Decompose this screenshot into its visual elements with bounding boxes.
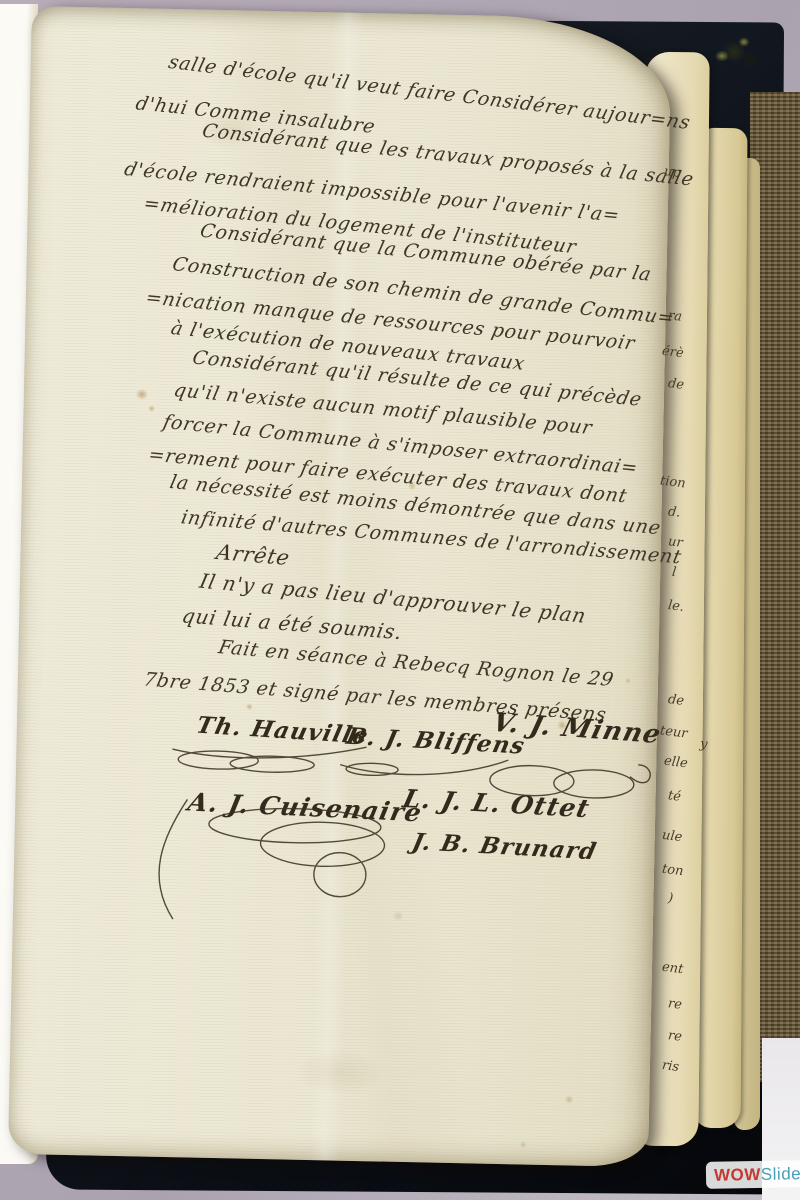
watermark-slider-text: Slider	[761, 1165, 800, 1183]
signature-flourish	[481, 752, 662, 814]
watermark-wow-text: WOW	[714, 1166, 761, 1184]
manuscript-line: Arrête	[214, 542, 291, 569]
photo-scene: salle d'école qu'il veut faire Considére…	[0, 0, 800, 1200]
signature-flourish	[143, 797, 466, 934]
manuscript-line: qui lui a été soumis.	[180, 605, 404, 642]
cover-damage-spot	[704, 26, 766, 78]
watermark-badge: WOWSlider	[706, 1160, 800, 1189]
manuscript-page: salle d'école qu'il veut faire Considére…	[8, 6, 672, 1167]
